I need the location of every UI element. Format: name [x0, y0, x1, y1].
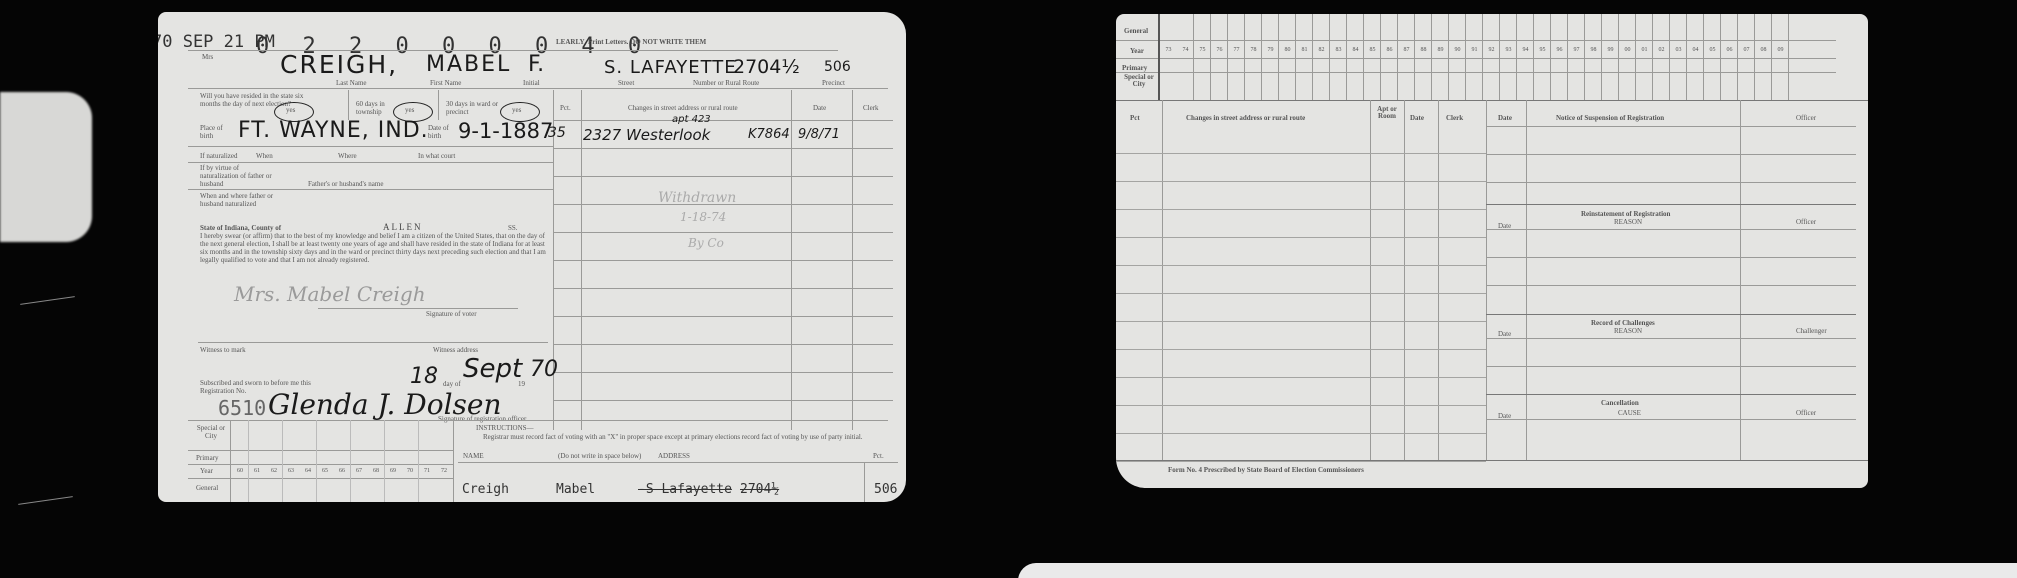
- label-changes-address: Changes in street address or rural route: [1186, 114, 1305, 122]
- label-name-col: NAME: [463, 452, 484, 460]
- typed-pct: 506: [874, 482, 897, 497]
- scratch-mark: [20, 296, 75, 305]
- change-rows: [1116, 126, 1486, 462]
- label-year: Year: [1130, 47, 1144, 55]
- label-court: In what court: [418, 152, 455, 160]
- voter-registration-card-back: General Year Primary Special or City 73 …: [1116, 14, 1868, 488]
- label-clerk: Clerk: [1446, 114, 1463, 122]
- typed-number: 2704½: [740, 482, 779, 497]
- label-year: Year: [200, 467, 213, 475]
- label-apt-room: Apt or Room: [1372, 106, 1402, 120]
- county-value: ALLEN: [383, 222, 423, 232]
- label-special-city: Special or City: [196, 424, 226, 440]
- label-challenges-reason: REASON: [1614, 327, 1642, 335]
- change-date: 9/8/71: [798, 127, 840, 142]
- precinct-value: 506: [824, 59, 851, 75]
- form-footer: Form No. 4 Prescribed by State Board of …: [1168, 466, 1364, 474]
- faint-note-by: By Co: [688, 236, 724, 250]
- house-number-value: 2704½: [733, 56, 800, 78]
- label-challenger: Challenger: [1796, 327, 1827, 335]
- label-suspension-officer: Officer: [1796, 114, 1816, 122]
- label-signature-voter: Signature of voter: [426, 310, 477, 318]
- header-instruction-prefix: LEARLY: [556, 38, 585, 46]
- label-pct: Pct.: [560, 104, 571, 112]
- cancellation-title: Cancellation: [1601, 399, 1639, 407]
- label-reinstatement-reason: REASON: [1614, 218, 1642, 226]
- scratch-mark: [18, 496, 73, 505]
- label-special-city: Special or City: [1124, 74, 1154, 88]
- label-clerk: Clerk: [863, 104, 879, 112]
- initial-value: F.: [528, 52, 544, 77]
- label-street: Street: [618, 79, 634, 87]
- header-instruction: Print Letters. DO NOT WRITE THEM: [588, 38, 706, 46]
- label-when-where-naturalized: When and where father or husband natural…: [200, 192, 290, 208]
- label-place-of-birth: Place of birth: [200, 124, 230, 140]
- date-of-birth-value: 9-1-1887: [458, 119, 553, 143]
- label-subscribed: Subscribed and sworn to before me this: [200, 379, 311, 387]
- place-of-birth-value: FT. WAYNE, IND.: [238, 118, 429, 143]
- label-first-name: First Name: [430, 79, 461, 87]
- label-state-county: State of Indiana, County of: [200, 224, 281, 232]
- label-father-husband-name: Father's or husband's name: [308, 180, 383, 188]
- label-address-col: ADDRESS: [658, 452, 690, 460]
- label-year-prefix: 19: [518, 380, 525, 388]
- adjacent-card-edge: [0, 92, 92, 242]
- label-pct-col: Pct.: [873, 452, 884, 460]
- label-date-of-birth: Date of birth: [428, 124, 458, 140]
- label-where: Where: [338, 152, 357, 160]
- sworn-year-value: 70: [530, 357, 558, 382]
- street-value: S. LAFAYETTE: [604, 57, 737, 78]
- voter-registration-card-front: 70 SEP 21 PM 0 2 2 0 0 0 0 4 0 LEARLY Pr…: [158, 12, 906, 502]
- label-general: General: [196, 484, 218, 492]
- title-prefix: Mrs: [202, 53, 213, 61]
- voter-signature: Mrs. Mabel Creigh: [234, 282, 426, 306]
- label-primary: Primary: [1122, 64, 1147, 72]
- label-thirty-days: 30 days in ward or precinct: [446, 100, 506, 116]
- instructions-title: INSTRUCTIONS—: [476, 424, 534, 432]
- typed-first-name: Mabel: [556, 482, 595, 497]
- label-father-husband: If by virtue of naturalization of father…: [200, 164, 275, 188]
- label-cancellation-cause: CAUSE: [1618, 409, 1641, 417]
- last-name-value: CREIGH,: [280, 50, 398, 79]
- label-general: General: [1124, 27, 1148, 35]
- reinstatement-title: Reinstatement of Registration: [1581, 210, 1670, 218]
- label-primary: Primary: [196, 454, 219, 462]
- label-witness-address: Witness address: [433, 346, 478, 354]
- change-clerk: K7864: [748, 127, 790, 142]
- year-grid-lines: [1177, 14, 1789, 100]
- oath-text: I hereby swear (or affirm) that to the b…: [200, 232, 550, 264]
- label-challenges-date: Date: [1498, 330, 1511, 338]
- label-reinstatement-officer: Officer: [1796, 218, 1816, 226]
- label-pct: Pct: [1130, 114, 1140, 122]
- sworn-day-value: 18: [410, 364, 438, 389]
- typed-street: -S Lafayette: [638, 482, 732, 497]
- label-signature-officer: Signature of registration officer: [438, 415, 526, 423]
- challenges-title: Record of Challenges: [1591, 319, 1655, 327]
- label-ss: SS.: [508, 224, 518, 232]
- label-changes-address: Changes in street address or rural route: [628, 104, 738, 112]
- label-date: Date: [813, 104, 826, 112]
- label-last-name: Last Name: [336, 79, 367, 87]
- typed-last-name: Creigh: [462, 482, 509, 497]
- label-date: Date: [1410, 114, 1424, 122]
- instructions-text: Registrar must record fact of voting wit…: [483, 433, 903, 441]
- label-cancellation-officer: Officer: [1796, 409, 1816, 417]
- label-do-not-write: (Do not write in space below): [558, 452, 641, 460]
- suspension-title: Notice of Suspension of Registration: [1556, 114, 1664, 122]
- faint-note-date: 1-18-74: [680, 210, 726, 224]
- label-naturalized: If naturalized: [200, 152, 238, 160]
- next-card-edge: [1018, 563, 2017, 578]
- label-number: Number or Rural Route: [693, 79, 759, 87]
- change-apt: apt 423: [672, 114, 711, 125]
- first-name-value: MABEL: [426, 52, 511, 77]
- sworn-month-value: Sept: [463, 354, 522, 384]
- label-precinct: Precinct: [822, 79, 845, 87]
- label-registration-no: Registration No.: [200, 387, 246, 395]
- label-day-of: day of: [443, 380, 461, 388]
- label-when: When: [256, 152, 273, 160]
- change-address: 2327 Westerlook: [583, 126, 710, 144]
- label-initial: Initial: [523, 79, 540, 87]
- label-suspension-date: Date: [1498, 114, 1512, 122]
- faint-note-withdrawn: Withdrawn: [658, 190, 736, 206]
- label-witness-mark: Witness to mark: [200, 346, 246, 354]
- registration-number-value: 6510: [218, 396, 266, 420]
